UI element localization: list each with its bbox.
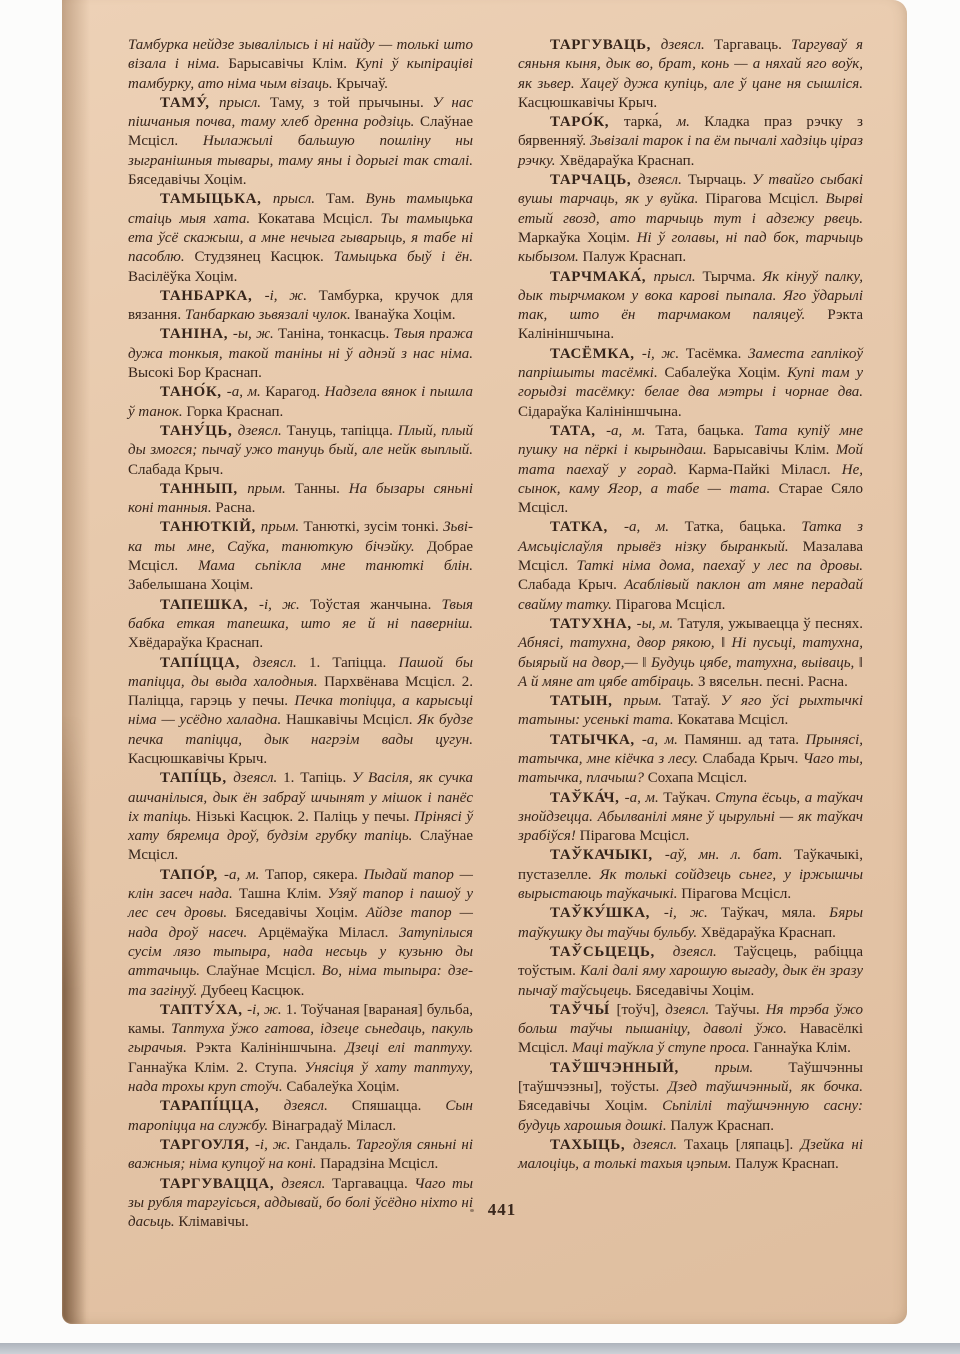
entry-text: Слабада Крыч. [702, 751, 802, 767]
entry-text: Хвёдараўка Краснап. [701, 925, 836, 941]
entry-text: Таўкач, мяла. [721, 905, 829, 921]
headword: ТАПІ́ЦЬ, [160, 770, 233, 786]
entry-text: Ташна Клім. [239, 886, 328, 902]
example-text: Дзед таўшчэнный, як бочка. [668, 1079, 863, 1095]
entry-text: 1. Тапіцца. [309, 655, 399, 671]
headword: ТАСЁМКА, [550, 346, 642, 362]
dictionary-entry: ТАПЕШКА, -і, ж. Тоўстая жанчына. Твыя ба… [128, 596, 473, 654]
entry-text: Памянш. ад тата. [684, 732, 805, 748]
entry-text: Танны. [295, 481, 349, 497]
entry-text: Вінаградаў Міласл. [272, 1118, 396, 1134]
entry-text: Тырчаць. [688, 172, 752, 188]
book-spine-shadow [62, 0, 90, 1324]
dictionary-entry: ТАРЧМАКА́, прысл. Тырчма. Як кінуў палку… [518, 268, 863, 345]
example-text: -ы, м. [637, 616, 678, 632]
dictionary-entry: ТАМЫЦЬКА, прысл. Там. Вунь тамыцька стаі… [128, 190, 473, 286]
entry-text: Сідараўка Калініншчына. [518, 404, 682, 420]
headword: ТАЎШЧЭННЫЙ, [550, 1060, 715, 1076]
scan-bottom-edge [0, 1343, 960, 1354]
headword: ТАТУХНА, [550, 616, 637, 632]
entry-text: Маркаўка Хоцім. [518, 230, 637, 246]
dictionary-entry: ТАРГУВАЦЬ, дзеясл. Таргаваць. Таргуваў я… [518, 36, 863, 113]
example-text: -а, м. [625, 790, 664, 806]
example-text: Танбаркаю зьвязалі чулок. [185, 307, 355, 323]
entry-text: Бяседавічы Хоцім. [235, 905, 366, 921]
entry-text: Палуж Краснап. [670, 1118, 774, 1134]
entry-text: тарка́, [624, 114, 677, 130]
headword: ТАТЫЧКА, [550, 732, 642, 748]
entry-text: Ганнаўка Клім. [753, 1040, 851, 1056]
dictionary-entry: ТАНІНА, -ы, ж. Таніна, тонкасць. Твыя пр… [128, 325, 473, 383]
headword: ТАНО́К, [160, 384, 227, 400]
dictionary-entry: ТАНУ́ЦЬ, дзеясл. Тануць, тапіцца. Плый, … [128, 422, 473, 480]
headword: ТАНЮТКІЙ, [160, 519, 261, 535]
entry-text: Касцюшкавічы Крыч. [518, 95, 657, 111]
headword: ТАТЫН, [550, 693, 623, 709]
headword: ТАРЧАЦЬ, [550, 172, 638, 188]
headword: ТАТКА, [550, 519, 624, 535]
entry-text: Тасёмка. [686, 346, 748, 362]
entry-text: Хвёдараўка Краснап. [559, 153, 694, 169]
entry-text: Таргаваць. [714, 37, 791, 53]
entry-text: Слабада Крыч. [128, 462, 223, 478]
example-text: -аў, мн. л. бат. [665, 847, 794, 863]
entry-text: Тапор, сякера. [265, 867, 364, 883]
entry-text: Палуж Краснап. [583, 249, 687, 265]
dictionary-entry: ТАЎСЬЦЕЦЬ, дзеясл. Таўсцець, рабіцца тоў… [518, 943, 863, 1001]
entry-text: Палуж Краснап. [735, 1156, 839, 1172]
example-text: -і, ж. [664, 905, 721, 921]
example-text: дзеясл. [665, 1002, 715, 1018]
entry-text: Таргавацца. [332, 1176, 414, 1192]
entry-text: Тануць, тапіцца. [287, 423, 398, 439]
entry-text: Татаў. [672, 693, 720, 709]
left-column: Тамбурка нейдзе зывалілысь і ні найду — … [128, 36, 473, 1232]
entry-text: Пірагова Мсцісл. [580, 828, 690, 844]
headword: ТАПІ́ЦЦА, [160, 655, 253, 671]
dictionary-entry: ТАРО́К, тарка́, м. Кладка праз рэчку з б… [518, 113, 863, 171]
example-text: -а, м. [642, 732, 685, 748]
example-text: Тамыцька быў і ён. [334, 249, 473, 265]
dictionary-entry: ТАТЫЧКА, -а, м. Памянш. ад тата. Прынясі… [518, 731, 863, 789]
entry-text: Бяседавічы Хоцім. [636, 983, 755, 999]
example-text: -і, ж. [265, 288, 319, 304]
entry-text: Рэкта Калініншчына. [196, 1040, 346, 1056]
example-text: дзеясл. [661, 37, 714, 53]
entry-text: Сабалеўка Хоцім. [664, 365, 787, 381]
entry-text: Пірагова Мсцісл. [616, 597, 726, 613]
example-text: дзеясл. [238, 423, 287, 439]
headword: ТАРГУВАЦЬ, [550, 37, 661, 53]
example-text: -і, ж. [255, 1137, 295, 1153]
example-text: -і, ж. [642, 346, 686, 362]
example-text: дзеясл. [281, 1176, 332, 1192]
example-text: Мама сьпікла мне танюткі блін. [198, 558, 473, 574]
headword: ТАПТУ́ХА, [160, 1002, 247, 1018]
entry-text: Татуля, ужываецца ў песнях. [678, 616, 863, 632]
dictionary-entry: ТАПО́Р, -а, м. Тапор, сякера. Пыдай тапо… [128, 866, 473, 1001]
right-column: ТАРГУВАЦЬ, дзеясл. Таргаваць. Таргуваў я… [518, 36, 863, 1232]
headword: ТАННЫП, [160, 481, 247, 497]
entry-text: Расна. [215, 500, 255, 516]
example-text: -а, м. [624, 519, 685, 535]
entry-text: Карма-Пайкі Міласл. [688, 462, 842, 478]
headword: ТАМУ́, [160, 95, 219, 111]
entry-text: Бяседавічы Хоцім. [518, 1098, 662, 1114]
entry-text: [тоўч], [617, 1002, 666, 1018]
dictionary-entry: ТАНЮТКІЙ, прым. Танюткі, зусім тонкі. Зь… [128, 518, 473, 595]
example-text: дзеясл. [633, 1137, 684, 1153]
dictionary-entry: ТАЎКА́Ч, -а, м. Таўкач. Ступа ёсьць, а т… [518, 789, 863, 847]
entry-text: Там. [326, 191, 366, 207]
dictionary-entry: ТАНО́К, -а, м. Карагод. Надзела вянок і … [128, 383, 473, 422]
example-text: -а, м. [227, 384, 266, 400]
entry-text: Кокатава Мсцісл. [258, 211, 381, 227]
example-text: прысл. [219, 95, 270, 111]
example-text: прым. [715, 1060, 789, 1076]
dictionary-text-block: Тамбурка нейдзе зывалілысь і ні найду — … [128, 36, 863, 1232]
example-text: -а, м. [224, 867, 265, 883]
entry-text: Пірагова Мсцісл. [681, 886, 791, 902]
dictionary-entry: ТАНБАРКА, -і, ж. Тамбурка, кручок для вя… [128, 287, 473, 326]
entry-text: Парадзіна Мсцісл. [320, 1156, 438, 1172]
example-text: дзеясл. [233, 770, 283, 786]
headword: ТАНІНА, [160, 326, 233, 342]
headword: ТАРАПІ́ЦЦА, [160, 1098, 284, 1114]
example-text: дзеясл. [253, 655, 309, 671]
dictionary-entry: ТАСЁМКА, -і, ж. Тасёмка. Заместа гапліко… [518, 345, 863, 422]
dictionary-entry: ТАТА, -а, м. Тата, бацька. Тата купіў мн… [518, 422, 863, 518]
dictionary-entry: ТАТКА, -а, м. Татка, бацька. Татка з Амс… [518, 518, 863, 614]
entry-text: Горка Краснап. [186, 404, 283, 420]
example-text: прым. [247, 481, 294, 497]
headword: ТАЎКАЧЫКІ, [550, 847, 665, 863]
headword: ТАТА, [550, 423, 606, 439]
entry-text: Ганнаўка Клім. 2. Ступа. [128, 1060, 305, 1076]
headword: ТАПЕШКА, [160, 597, 259, 613]
entry-text: Барысавічы Клім. [713, 442, 836, 458]
entry-text: Карагод. [265, 384, 324, 400]
entry-text: З вясельн. песні. Расна. [698, 674, 848, 690]
entry-text: Тоўстая жанчына. [310, 597, 442, 613]
book-spine-shadow-lower [62, 715, 86, 1324]
dictionary-entry: ТАПІ́ЦЦА, дзеясл. 1. Тапіцца. Пашой бы т… [128, 654, 473, 770]
example-text: Таткі німа дома, паехаў у лес па дровы. [576, 558, 863, 574]
entry-text: Высокі Бор Краснап. [128, 365, 262, 381]
dictionary-entry: ТАЎШЧЭННЫЙ, прым. Таўшчэнны [таўшчэзны],… [518, 1059, 863, 1136]
headword: ТАЎКА́Ч, [550, 790, 625, 806]
entry-text: Слаўнае Мсцісл. [206, 963, 321, 979]
dictionary-entry: ТАХЫЦЬ, дзеясл. Тахаць [ляпаць]. Дзейка … [518, 1136, 863, 1175]
entry-text: Хвёдараўка Краснап. [128, 635, 263, 651]
example-text: дзеясл. [638, 172, 688, 188]
entry-text: Крычаў. [336, 76, 388, 92]
headword: ТАНБАРКА, [160, 288, 265, 304]
dictionary-entry: ТАМУ́, прысл. Таму, з той прычыны. У нас… [128, 94, 473, 190]
entry-text: Барысавічы Клім. [228, 56, 355, 72]
example-text: -і, ж. [247, 1002, 285, 1018]
entry-text: Касцюшкавічы Крыч. [128, 751, 267, 767]
entry-text: Таўкач. [663, 790, 715, 806]
headword: ТАХЫЦЬ, [550, 1137, 633, 1153]
dictionary-entry: ТАРГУВАЦЦА, дзеясл. Таргавацца. Чаго ты … [128, 1175, 473, 1233]
headword: ТАРГУВАЦЦА, [160, 1176, 281, 1192]
entry-text: Татка, бацька. [685, 519, 802, 535]
example-text: прысл. [654, 269, 703, 285]
page-scan: Тамбурка нейдзе зывалілысь і ні найду — … [62, 0, 907, 1324]
dictionary-entry: ТАЎЧЫ́ [тоўч], дзеясл. Таўчы. Ня трэба ў… [518, 1001, 863, 1059]
entry-text: Таму, з той прычыны. [270, 95, 433, 111]
example-text: -і, ж. [259, 597, 310, 613]
entry-text: Арцёмаўка Міласл. [258, 925, 399, 941]
example-text: Дзеці елі таптуху. [345, 1040, 473, 1056]
entry-text: 1. Тапіць. [283, 770, 352, 786]
dictionary-entry: ТАТУХНА, -ы, м. Татуля, ужываецца ў песн… [518, 615, 863, 692]
entry-text: Спяшацца. [352, 1098, 446, 1114]
headword: ТАРГОУЛЯ, [160, 1137, 255, 1153]
entry-text: Нашкавічы Мсцісл. [286, 712, 417, 728]
entry-text: Кокатава Мсцісл. [677, 712, 788, 728]
entry-text: Васілёўка Хоцім. [128, 269, 237, 285]
entry-text: Нізькі Касцюк. 2. Паліць у печы. [196, 809, 414, 825]
example-text: м. [677, 114, 705, 130]
example-text: дзеясл. [284, 1098, 352, 1114]
example-text: Маці таўкла ў ступе проса. [572, 1040, 754, 1056]
headword: ТАЎСЬЦЕЦЬ, [550, 944, 673, 960]
entry-text: Слабада Крыч. [518, 577, 624, 593]
entry-text: Іванаўка Хоцім. [355, 307, 456, 323]
headword: ТАРЧМАКА́, [550, 269, 654, 285]
entry-text: Таніна, тонкасць. [278, 326, 393, 342]
entry-text: Таўчы. [715, 1002, 765, 1018]
dictionary-entry: Тамбурка нейдзе зывалілысь і ні найду — … [128, 36, 473, 94]
dictionary-entry: ТАРЧАЦЬ, дзеясл. Тырчаць. У твайго сыбак… [518, 171, 863, 267]
headword: ТАМЫЦЬКА, [160, 191, 273, 207]
example-text: -ы, ж. [233, 326, 278, 342]
entry-text: Забелышана Хоцім. [128, 577, 253, 593]
entry-text: Танюткі, зусім тонкі. [303, 519, 443, 535]
entry-text: Гандаль. [295, 1137, 355, 1153]
example-text: -а, м. [606, 423, 655, 439]
dictionary-entry: ТАРАПІ́ЦЦА, дзеясл. Спяшацца. Сын таропі… [128, 1097, 473, 1136]
entry-text: Студзянец Касцюк. [194, 249, 333, 265]
entry-text: Тырчма. [703, 269, 763, 285]
example-text: прысл. [273, 191, 326, 207]
entry-text: Сохапа Мсцісл. [648, 770, 747, 786]
headword: ТАПО́Р, [160, 867, 224, 883]
entry-text: Тахаць [ляпаць]. [684, 1137, 800, 1153]
dictionary-entry: ТАТЫН, прым. Татаў. У яго ўсі рыхтычкі т… [518, 692, 863, 731]
dictionary-entry: ТАННЫП, прым. Танны. На бызары сяньні ко… [128, 480, 473, 519]
headword: ТАРО́К, [550, 114, 624, 130]
dictionary-entry: ТАПТУ́ХА, -і, ж. 1. Тоўчаная [вараная] б… [128, 1001, 473, 1097]
dictionary-entry: ТАПІ́ЦЬ, дзеясл. 1. Тапіць. У Васіля, як… [128, 769, 473, 865]
headword: ТАЎКУ́ШКА, [550, 905, 664, 921]
headword: ТАЎЧЫ́ [550, 1002, 617, 1018]
dictionary-entry: ТАЎКУ́ШКА, -і, ж. Таўкач, мяла. Бяры таў… [518, 904, 863, 943]
entry-text: Бяседавічы Хоцім. [128, 172, 247, 188]
dictionary-entry: ТАРГОУЛЯ, -і, ж. Гандаль. Таргоўля сяньн… [128, 1136, 473, 1175]
headword: ТАНУ́ЦЬ, [160, 423, 238, 439]
page-number: 441 [462, 1200, 542, 1220]
example-text: прым. [261, 519, 304, 535]
entry-text: Дубеец Касцюк. [201, 983, 304, 999]
example-text: дзеясл. [673, 944, 734, 960]
dictionary-entry: ТАЎКАЧЫКІ, -аў, мн. л. бат. Таўкачыкі, п… [518, 846, 863, 904]
example-text: прым. [623, 693, 672, 709]
entry-text: Клімавічы. [178, 1214, 248, 1230]
entry-text: Тата, бацька. [655, 423, 754, 439]
entry-text: Пірагова Мсцісл. [705, 191, 825, 207]
entry-text: Сабалеўка Хоцім. [286, 1079, 399, 1095]
